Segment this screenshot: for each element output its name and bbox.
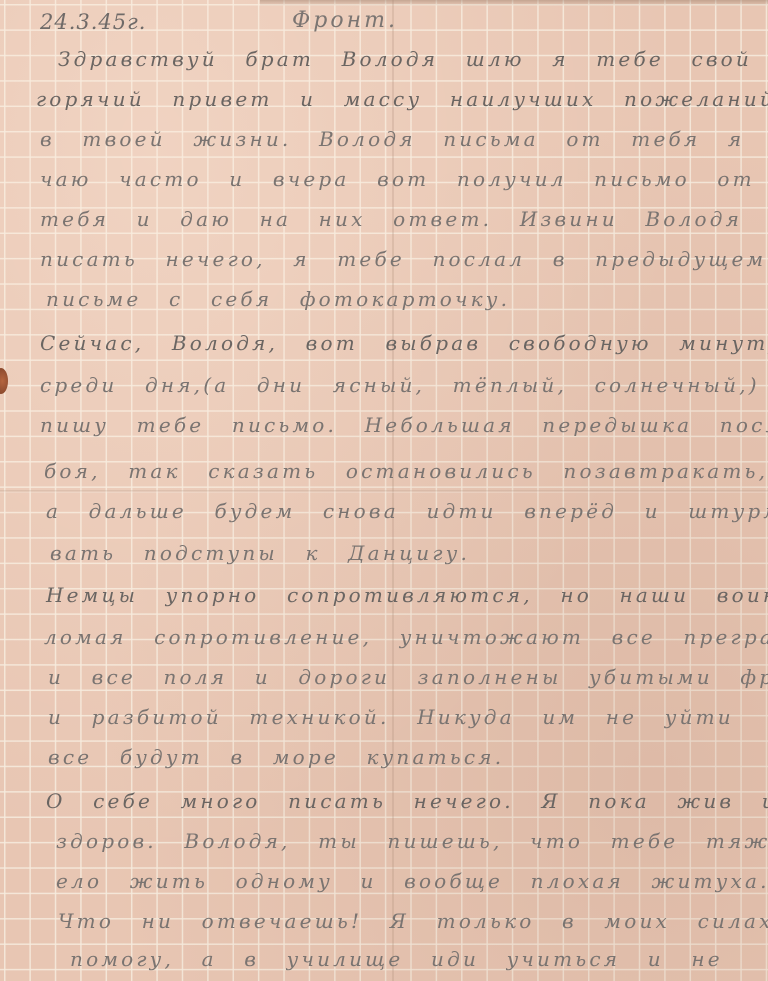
letter-line: среди дня,(а дни ясный, тёплый, солнечны… <box>40 370 760 400</box>
letter-line: боя, так сказать остановились позавтрака… <box>44 456 768 486</box>
letter-line: здоров. Володя, ты пишешь, что тебе тяж- <box>56 826 768 856</box>
letter-line: Немцы упорно сопротивляются, но наши вои… <box>46 580 768 610</box>
letter-line: ломая сопротивление, уничтожают все прег… <box>44 622 768 652</box>
letter-line: чаю часто и вчера вот получил письмо от <box>40 164 755 194</box>
letter-line: вать подступы к Данцигу. <box>50 538 470 568</box>
letter-page: 24.3.45г. Фронт. Здравствуй брат Володя … <box>0 0 768 981</box>
letter-line: и разбитой техникой. Никуда им не уйти <box>48 702 734 732</box>
letter-line: Здравствуй брат Володя шлю я тебе свой <box>58 44 752 74</box>
letter-line: ело жить одному и вообще плохая житуха. <box>56 866 768 896</box>
letter-line: горячий привет и массу наилучших пожелан… <box>36 84 768 114</box>
letter-line: Сейчас, Володя, вот выбрав свободную мин… <box>40 328 768 358</box>
letter-line: и все поля и дороги заполнены убитыми фр… <box>48 662 768 692</box>
letter-line: тебя и даю на них ответ. Извини Володя <box>40 204 742 234</box>
letter-line: писать нечего, я тебе послал в предыдуще… <box>40 244 766 274</box>
letter-line: в твоей жизни. Володя письма от тебя я п… <box>40 124 768 154</box>
letter-line: а дальше будем снова идти вперёд и штурм… <box>46 496 768 526</box>
letter-body: Здравствуй брат Володя шлю я тебе свой г… <box>0 0 768 981</box>
letter-line: Что ни отвечаешь! Я только в моих силах <box>58 906 768 936</box>
letter-line: О себе много писать нечего. Я пока жив и <box>46 786 768 816</box>
letter-line: письме с себя фотокарточку. <box>46 284 510 314</box>
letter-line: все будут в море купаться. <box>48 742 504 772</box>
letter-line: помогу, а в училище иди учиться и не <box>70 944 723 974</box>
letter-line: пишу тебе письмо. Небольшая передышка по… <box>40 410 768 440</box>
